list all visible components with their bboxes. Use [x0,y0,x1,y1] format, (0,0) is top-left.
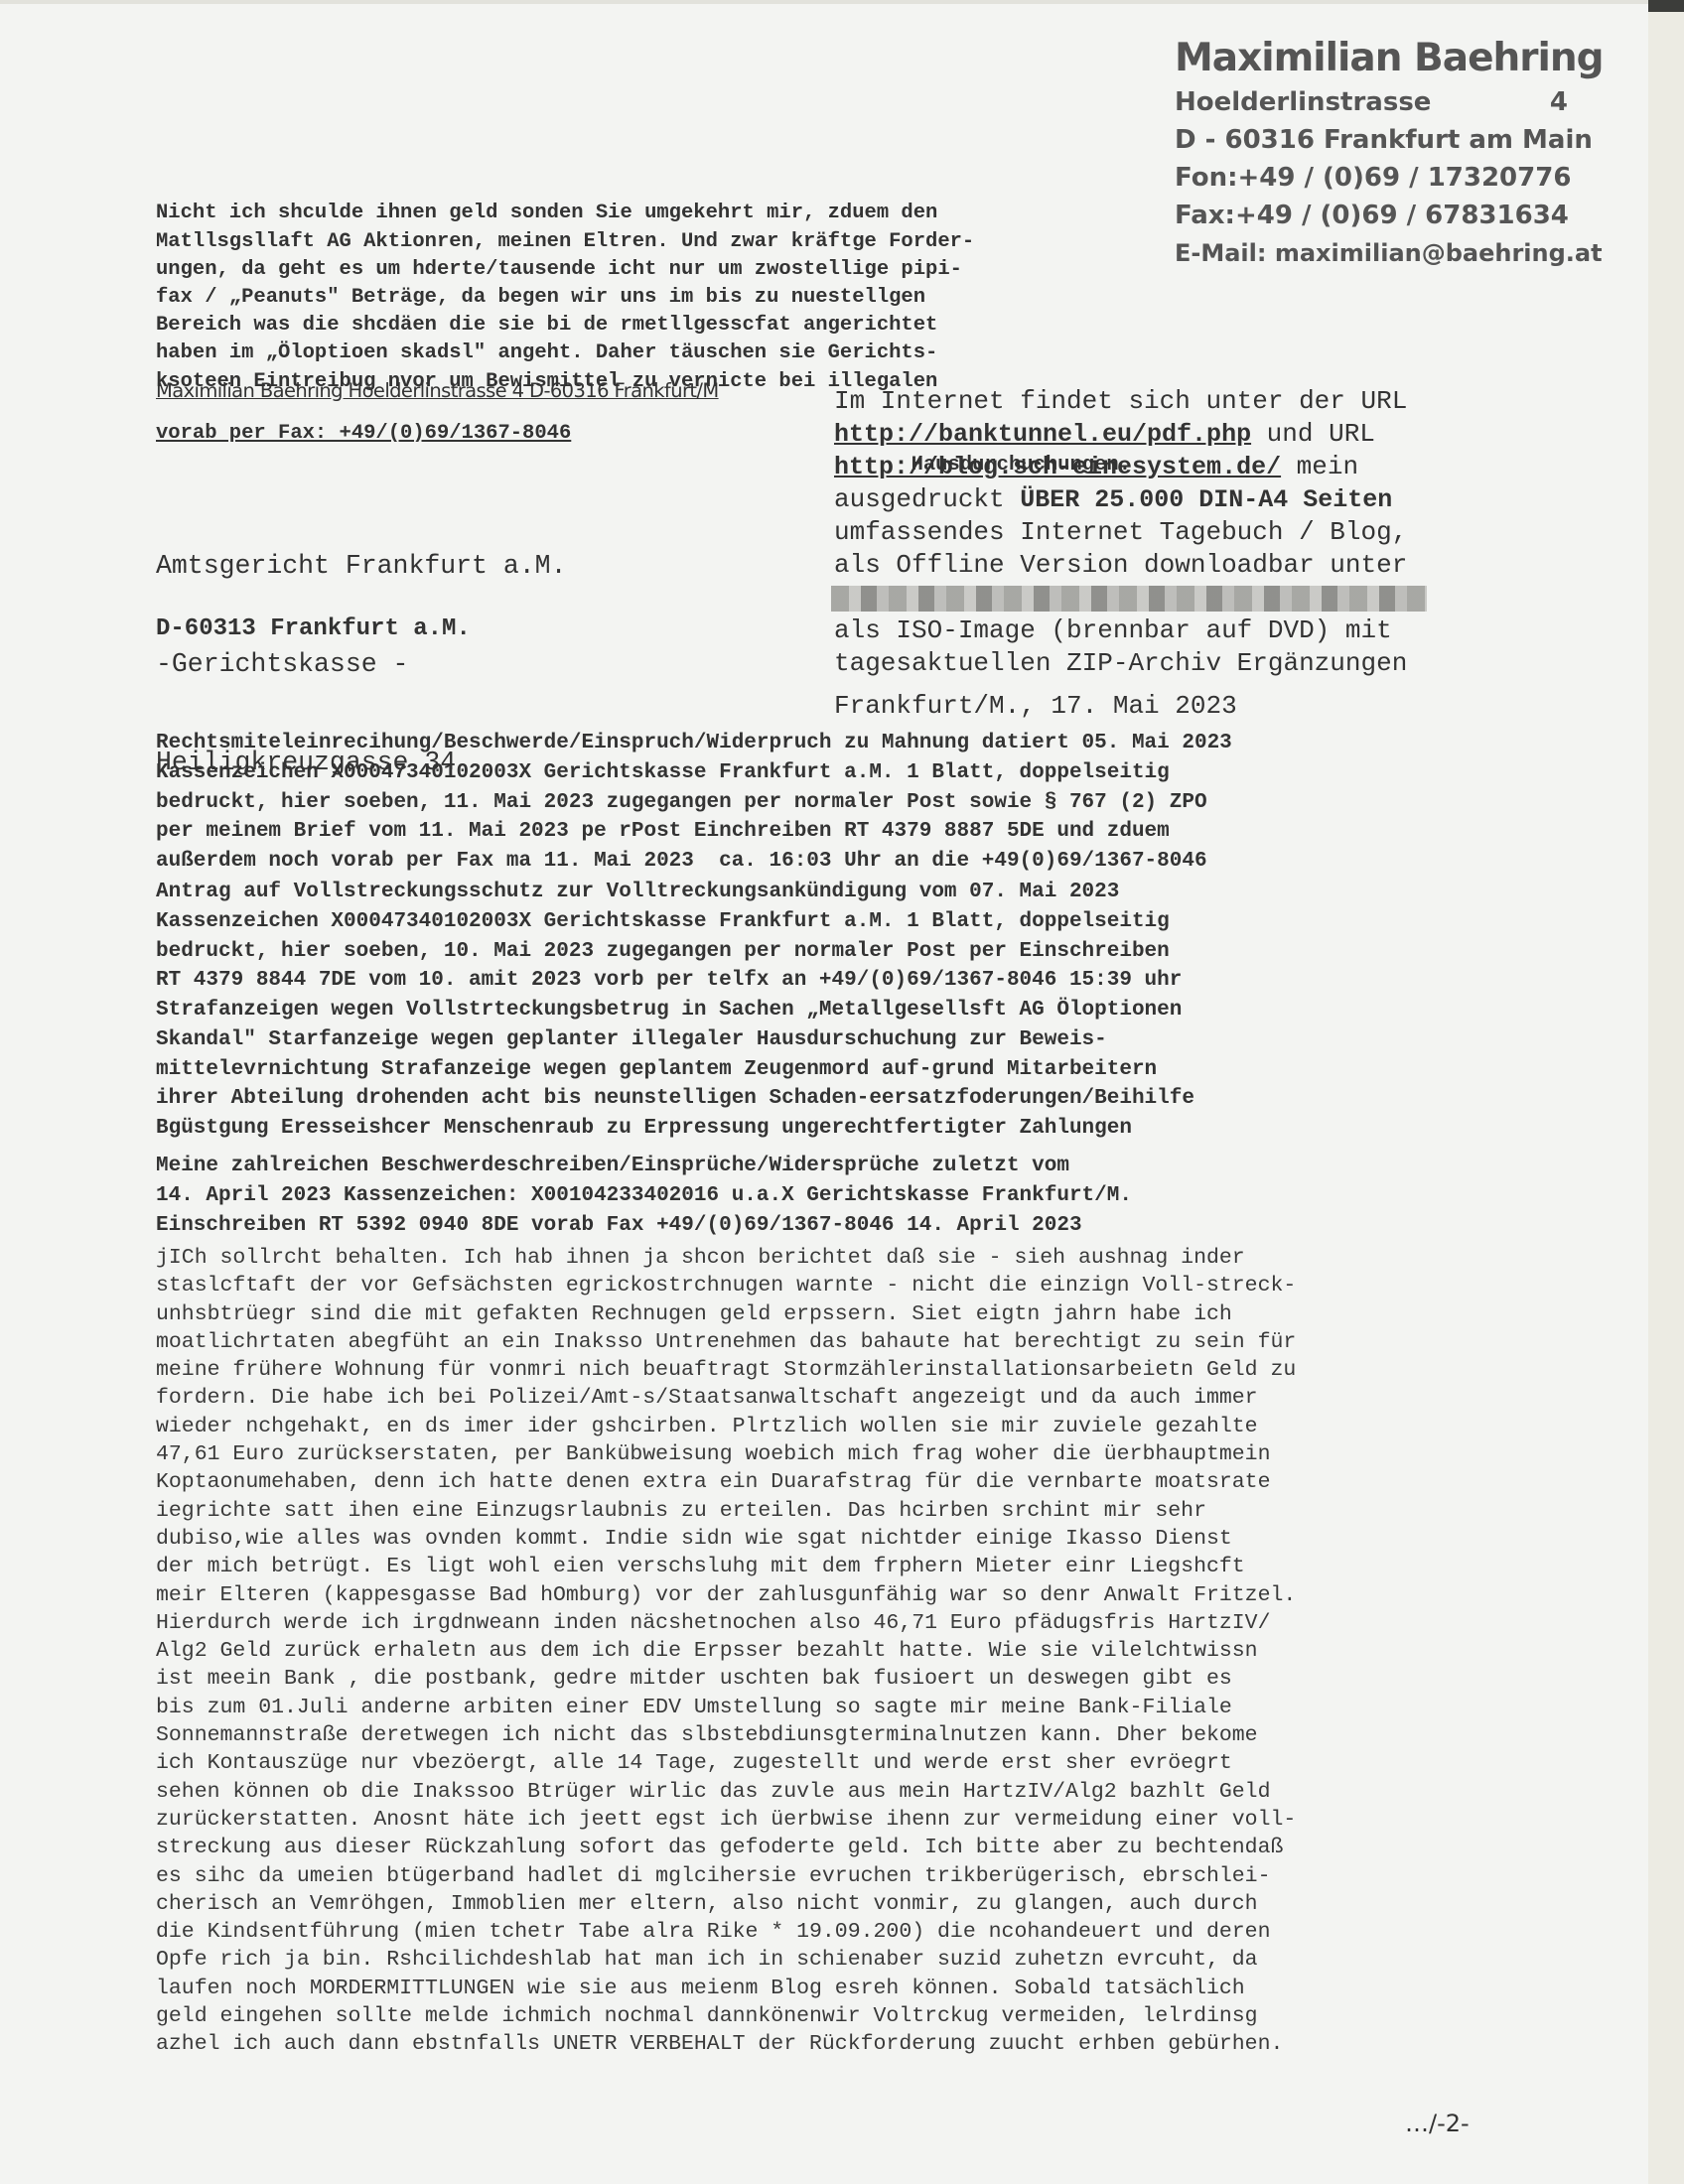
text-line: meine frühere Wohnung für vonmri nich be… [156,1356,1506,1384]
text-line: Kassenzeichen X00047340102003X Gerichtsk… [156,758,1506,788]
text-line: Sonnemannstraße deretwegen ich nicht das… [156,1721,1506,1749]
text-line: unhsbtrüegr sind die mit gefakten Rechnu… [156,1300,1506,1328]
scan-edge-strip [1648,0,1684,2184]
text-line: laufen noch MORDERMITTLUNGEN wie sie aus… [156,1975,1506,2002]
redacted-url-block [831,586,1427,612]
text-line: dubiso,wie alles was ovnden kommt. Indie… [156,1525,1506,1553]
text-line: ist meein Bank , die postbank, gedre mit… [156,1665,1506,1693]
text-line: ihrer Abteilung drohenden acht bis neuns… [156,1084,1506,1114]
text-line: fordern. Die habe ich bei Polizei/Amt-s/… [156,1384,1506,1412]
scan-edge-dark [1648,0,1684,12]
text-line: meir Elteren (kappesgasse Bad hOmburg) v… [156,1581,1506,1609]
text-line: haben im „Öloptioen skadsl" angeht. Dahe… [156,340,1139,367]
subject-block-previous-complaints: Meine zahlreichen Beschwerdeschreiben/Ei… [156,1152,1506,1240]
text-line: azhel ich auch dann ebstnfalls UNETR VER… [156,2030,1506,2058]
letter-page: Maximilian Baehring Hoelderlinstrasse 4 … [0,0,1648,2184]
text-line: fax / „Peanuts" Beträge, da begen wir un… [156,284,1139,312]
return-address-line: Maximilian Baehring Hoelderlinstrasse 4 … [156,379,719,402]
text-line: RT 4379 8844 7DE vom 10. amit 2023 vorb … [156,966,1506,996]
sender-phone: +49 / (0)69 / 17320776 [1237,159,1571,197]
text-line: Bereich was die shcdäen die sie bi de rm… [156,312,1139,340]
sender-phone-row: Fon: +49 / (0)69 / 17320776 [1175,159,1568,197]
page-continuation: …/-2- [1405,2110,1470,2137]
text-line: Koptaonumehaben, denn ich hatte denen ex… [156,1468,1506,1496]
recipient-line: Amtsgericht Frankfurt a.M. [156,550,566,583]
subject-block-enforcement-protection: Antrag auf Vollstreckungsschutz zur Voll… [156,878,1506,996]
intro-lines: Nicht ich shculde ihnen geld sonden Sie … [156,200,1139,395]
blog-link[interactable]: http://blog.sch-einesystem.de/ [834,453,1281,481]
text-line: Bgüstgung Eresseishcer Menschenraub zu E… [156,1114,1506,1144]
fax-notice: vorab per Fax: +49/(0)69/1367-8046 [156,422,571,445]
sender-name: Maximilian Baehring [1175,34,1568,83]
text-line: zurückerstatten. Anosnt häte ich jeett e… [156,1806,1506,1834]
info-box: Im Internet findet sich unter der URL ht… [834,385,1509,723]
text-line: ich Kontauszüge nur vbezöergt, alle 14 T… [156,1749,1506,1777]
page-count-highlight: ÜBER 25.000 DIN-A4 Seiten [1020,485,1392,514]
scan-edge-top [0,0,1648,4]
text-line: geld eingehen sollte melde ichmich nochm… [156,2002,1506,2030]
info-line: tagesaktuellen ZIP-Archiv Ergänzungen [834,647,1509,680]
letter-body: jICh sollrcht behalten. Ich hab ihnen ja… [156,1244,1506,2059]
info-line: Im Internet findet sich unter der URL [834,385,1509,418]
sender-fax: +49 / (0)69 / 67831634 [1235,197,1569,234]
text-line: sehen können ob die Inakssoo Btrüger wir… [156,1778,1506,1806]
letter-date: Frankfurt/M., 17. Mai 2023 [834,690,1509,723]
text-line: Opfe rich ja bin. Rshcilichdeshlab hat m… [156,1946,1506,1974]
info-line: als Offline Version downloadbar unter [834,549,1509,582]
text-line: jICh sollrcht behalten. Ich hab ihnen ja… [156,1244,1506,1272]
text-line: Matllsgsllaft AG Aktionren, meinen Eltre… [156,228,1139,256]
text-line: 47,61 Euro zurückserstaten, per Banküb­w… [156,1440,1506,1468]
info-line: umfassendes Internet Tagebuch / Blog, [834,516,1509,549]
sender-letterhead: Maximilian Baehring Hoelderlinstrasse 4 … [1175,34,1568,272]
text-line: Antrag auf Vollstreckungsschutz zur Voll… [156,878,1506,907]
text-line: bedruckt, hier soeben, 11. Mai 2023 zuge… [156,788,1506,818]
text-line: Meine zahlreichen Beschwerdeschreiben/Ei… [156,1152,1506,1181]
text-line: Kassenzeichen X00047340102003X Gerichtsk… [156,907,1506,937]
info-text: ausgedruckt [834,484,1020,514]
sender-street-row: Hoelderlinstrasse 4 [1175,83,1568,121]
text-line: iegrichte satt ihen eine Einzugsrlaubnis… [156,1497,1506,1525]
info-line-url2: http://blog.sch-einesystem.de/ mein [834,451,1509,483]
sender-street: Hoelderlinstrasse [1175,83,1431,121]
text-line: bis zum 01.Juli anderne arbiten einer ED… [156,1694,1506,1721]
text-line: der mich betrügt. Es ligt wohl eien vers… [156,1553,1506,1580]
text-line: 14. April 2023 Kassenzeichen: X001042334… [156,1181,1506,1211]
recipient-city: D-60313 Frankfurt a.M. [156,615,471,642]
info-line: als ISO-Image (brennbar auf DVD) mit [834,614,1509,647]
sender-city: D - 60316 Frankfurt am Main [1175,121,1568,159]
text-line: per meinem Brief vom 11. Mai 2023 pe rPo… [156,817,1506,847]
text-line: die Kindsentführung (mien tchetr Tabe al… [156,1918,1506,1946]
sender-fax-row: Fax: +49 / (0)69 / 67831634 [1175,197,1568,234]
text-line: Nicht ich shculde ihnen geld sonden Sie … [156,200,1139,227]
text-line: Alg2 Geld zurück erhaletn aus dem ich di… [156,1637,1506,1665]
info-line-url1: http://banktunnel.eu/pdf.php und URL [834,418,1509,451]
text-line: Rechtsmiteleinrecihung/Beschwerde/Einspr… [156,729,1506,758]
text-line: cherisch an Vemröhgen, Immoblien mer elt… [156,1890,1506,1918]
text-line: Einschreiben RT 5392 0940 8DE vorab Fax … [156,1211,1506,1241]
text-line: bedruckt, hier soeben, 10. Mai 2023 zuge… [156,937,1506,967]
info-text: mein [1281,452,1358,481]
info-line: ausgedruckt ÜBER 25.000 DIN-A4 Seiten [834,483,1509,516]
text-line: staslcftaft der vor Gefsächsten egrickos… [156,1272,1506,1299]
text-line: ungen, da geht es um hderte/tausende ich… [156,256,1139,284]
text-line: Skandal" Starfanzeige wegen geplanter il… [156,1025,1506,1055]
text-line: moatlichrtaten abegfüht an ein Inaksso U… [156,1328,1506,1356]
text-line: Strafanzeigen wegen Vollstrteckungsbetru… [156,996,1506,1025]
text-line: Hierdurch werde ich irgdnweann inden näc… [156,1609,1506,1637]
text-line: außerdem noch vorab per Fax ma 11. Mai 2… [156,847,1506,877]
text-line: wieder nchgehakt, en ds imer ider gshcir… [156,1413,1506,1440]
text-line: streckung aus dieser Rückzahlung sofort … [156,1834,1506,1861]
text-line: es sihc da umeien btügerband hadlet di m… [156,1862,1506,1890]
sender-house-number: 4 [1550,83,1568,121]
recipient-line: -Gerichtskasse - [156,648,566,681]
banktunnel-link[interactable]: http://banktunnel.eu/pdf.php [834,420,1251,449]
text-line: mittelevrnichtung Strafanzeige wegen gep… [156,1055,1506,1085]
fax-label: Fax: [1175,197,1235,234]
info-text: und URL [1251,419,1375,449]
subject-block-criminal-complaints: Strafanzeigen wegen Vollstrteckungsbetru… [156,996,1506,1144]
sender-email: E-Mail: maximilian@baehring.at [1175,234,1568,272]
phone-label: Fon: [1175,159,1237,197]
subject-block-objection: Rechtsmiteleinrecihung/Beschwerde/Einspr… [156,729,1506,877]
